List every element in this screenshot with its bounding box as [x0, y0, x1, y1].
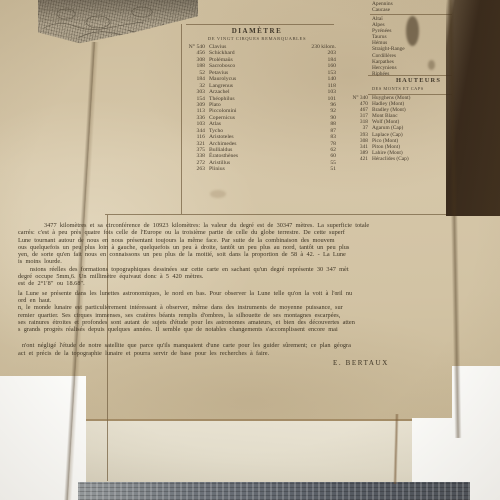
- table-surface: [78, 482, 470, 500]
- crater-diameter-value: 51: [292, 166, 336, 172]
- table-row: 421 Héraclides (Cap): [342, 156, 452, 162]
- paragraph: 3477 kilomètres et sa circonférence de 1…: [18, 222, 500, 288]
- text-line: carrés: c'est à peu près quatre fois cel…: [18, 229, 500, 236]
- diameter-table-rows: N° 540 Clavius 230 kilom. 456 Schickhard…: [178, 44, 336, 173]
- author-signature: E. BERTAUX: [333, 359, 500, 367]
- text-line: ous quelquefois un peu plus loin à gauch…: [18, 244, 500, 251]
- heights-table-rows: N° 340 Huyghens (Mont) 470 Hadley (Mont)…: [342, 95, 452, 163]
- table-border-top: [186, 24, 334, 25]
- text-line: n'ont négligé l'étude de notre satellite…: [18, 342, 500, 349]
- feature-name: Héraclides (Cap): [372, 156, 452, 162]
- text-line: degré occupe 5mm,6. Un millimètre équiva…: [18, 273, 500, 280]
- feature-number: 421: [342, 156, 368, 162]
- diameter-table: DIAMÈTRE DE VINGT CIRQUES REMARQUABLES N…: [178, 27, 336, 173]
- text-line: ses rainures étroites et profondes sont …: [18, 319, 500, 326]
- description-text-block: 3477 kilomètres et sa circonférence de 1…: [18, 222, 500, 367]
- diameter-table-title: DIAMÈTRE: [178, 27, 336, 35]
- diameter-table-subtitle: DE VINGT CIRQUES REMARQUABLES: [178, 36, 336, 41]
- paragraph: la Lune se présente dans les lunettes as…: [18, 290, 500, 334]
- text-line: est de 2°1′8″ ou 18.68″.: [18, 280, 500, 287]
- heights-table-title: HAUTEURS: [396, 77, 452, 84]
- text-line: la Lune se présente dans les lunettes as…: [18, 290, 500, 297]
- under-sheet: [86, 421, 414, 483]
- text-line: yen, de sorte qu'en fait nous en connais…: [18, 251, 500, 258]
- text-line: Lune tournant autour de nous en nous pré…: [18, 237, 500, 244]
- crater-name: Plinius: [209, 166, 292, 172]
- text-line: s grands progrès réalisés depuis quelque…: [18, 326, 500, 333]
- text-line: 3477 kilomètres et sa circonférence de 1…: [18, 222, 500, 229]
- foxing-spot: [210, 190, 226, 198]
- mountain-list-divider: [370, 14, 452, 15]
- photo-mat-left: [0, 376, 86, 500]
- table-row: 263 Plinius 51: [178, 166, 336, 172]
- text-line: is moins lourde.: [18, 258, 500, 265]
- panel-divider-horizontal: [105, 214, 500, 215]
- text-line: nsions réelles des formations topographi…: [18, 266, 500, 273]
- heights-table-subtitle: DES MONTS ET CAPS: [372, 86, 452, 91]
- text-line: remier quartier. Ses cirques immenses, s…: [18, 312, 500, 319]
- folded-page-shadow: [446, 0, 500, 216]
- ink-stain: [428, 60, 435, 70]
- photo-of-antique-lunar-map-legend: DIAMÈTRE DE VINGT CIRQUES REMARQUABLES N…: [0, 0, 500, 500]
- mountain-list-partial: ApenninsCaucase: [372, 1, 450, 13]
- paragraph: n'ont négligé l'étude de notre satellite…: [18, 342, 500, 357]
- ink-stain: [406, 16, 419, 46]
- crater-number: 263: [178, 166, 205, 172]
- text-line: ord en haut.: [18, 297, 500, 304]
- list-item: Caucase: [372, 7, 450, 13]
- text-line: act et précis de la topographie lunaire …: [18, 350, 500, 357]
- text-line: n, le monde lunaire est particulièrement…: [18, 304, 500, 311]
- heights-table: HAUTEURS DES MONTS ET CAPS N° 340 Huyghe…: [342, 77, 452, 163]
